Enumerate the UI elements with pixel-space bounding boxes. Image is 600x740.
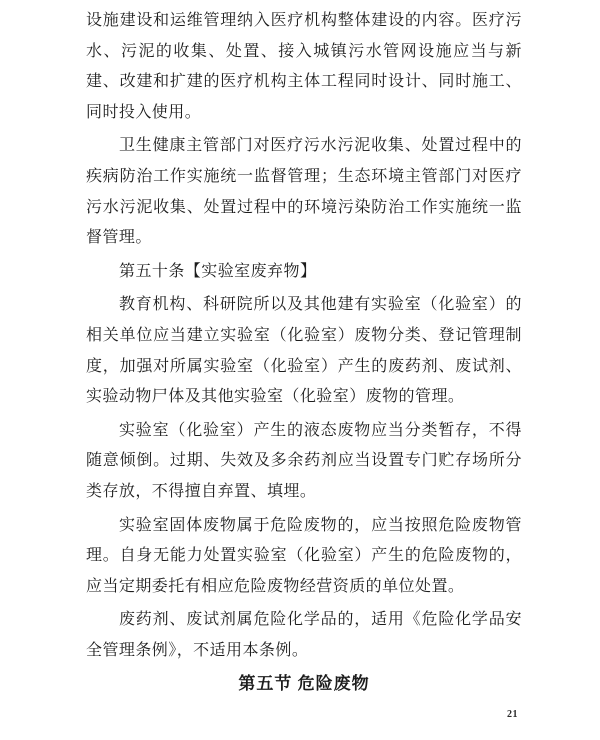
- paragraph-sewage-facilities: 设施建设和运维管理纳入医疗机构整体建设的内容。医疗污水、污泥的收集、处置、接入城…: [86, 6, 522, 128]
- paragraph-solid-waste: 实验室固体废物属于危险废物的，应当按照危险废物管理。自身无能力处置实验室（化验室…: [86, 511, 522, 603]
- paragraph-lab-waste-system: 教育机构、科研院所以及其他建有实验室（化验室）的相关单位应当建立实验室（化验室）…: [86, 290, 522, 412]
- paragraph-liquid-waste: 实验室（化验室）产生的液态废物应当分类暂存，不得随意倾倒。过期、失效及多余药剂应…: [86, 416, 522, 508]
- paragraph-hazardous-chemicals: 废药剂、废试剂属危险化学品的，适用《危险化学品安全管理条例》，不适用本条例。: [86, 605, 522, 666]
- article-50-title: 第五十条【实验室废弃物】: [86, 257, 522, 288]
- document-page: 设施建设和运维管理纳入医疗机构整体建设的内容。医疗污水、污泥的收集、处置、接入城…: [0, 0, 600, 740]
- document-body: 设施建设和运维管理纳入医疗机构整体建设的内容。医疗污水、污泥的收集、处置、接入城…: [86, 6, 522, 700]
- paragraph-supervision: 卫生健康主管部门对医疗污水污泥收集、处置过程中的疾病防治工作实施统一监督管理；生…: [86, 131, 522, 253]
- section-5-heading: 第五节 危险废物: [86, 669, 522, 700]
- page-number: 21: [507, 709, 518, 720]
